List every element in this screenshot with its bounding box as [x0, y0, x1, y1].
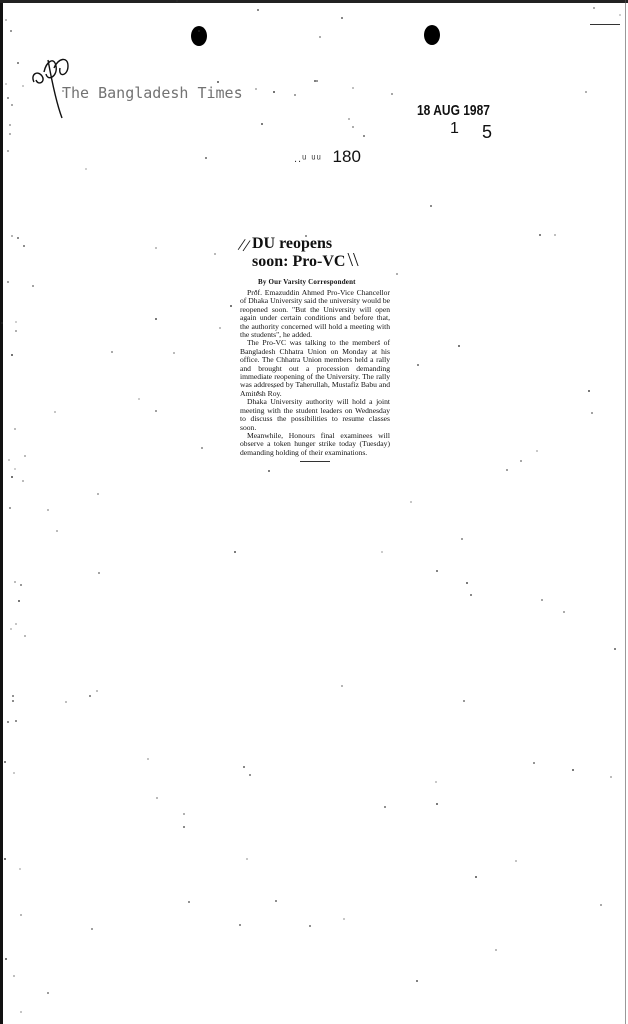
- scan-speck: [5, 958, 7, 960]
- scan-speck: [7, 150, 9, 152]
- scan-speck: [15, 330, 17, 332]
- scan-speck: [11, 104, 13, 106]
- scan-speck: [54, 411, 56, 413]
- scan-speck: [305, 235, 307, 237]
- scan-speck: [5, 83, 7, 85]
- scan-speck: [155, 247, 157, 249]
- scan-speck: [541, 599, 543, 601]
- scan-speck: [147, 758, 149, 760]
- pen-mark-icon: \\: [347, 249, 358, 271]
- scan-speck: [85, 168, 87, 170]
- scan-speck: [554, 234, 556, 236]
- date-stamp: 18 AUG 1987: [417, 102, 490, 119]
- scan-speck: [217, 81, 219, 83]
- scan-speck: [588, 390, 590, 392]
- scan-speck: [214, 253, 216, 255]
- scan-speck: [20, 584, 22, 586]
- scan-speck: [536, 450, 538, 452]
- scan-speck: [5, 19, 7, 21]
- scan-speck: [343, 918, 345, 920]
- scan-speck: [14, 581, 16, 583]
- headline-line-2: soon: Pro-VC: [252, 253, 345, 270]
- scan-speck: [410, 501, 412, 503]
- scan-speck: [17, 237, 19, 239]
- scan-speck: [255, 88, 257, 90]
- headline-line-1: DU reopens: [252, 235, 332, 252]
- scan-speck: [183, 826, 185, 828]
- scan-speck: [463, 700, 465, 702]
- page-reference-number: 180: [333, 147, 361, 166]
- scan-speck: [230, 305, 232, 307]
- scan-speck: [20, 1011, 22, 1013]
- scan-speck: [391, 93, 393, 95]
- scan-speck: [173, 352, 175, 354]
- scan-speck: [475, 876, 477, 878]
- page-reference-smudge: ..ᵘ ᵘᵘ: [294, 153, 322, 165]
- scan-speck: [219, 327, 221, 329]
- scan-speck: [8, 459, 10, 461]
- scan-speck: [352, 126, 354, 128]
- scan-speck: [24, 635, 26, 637]
- scan-speck: [363, 135, 365, 137]
- article-paragraph: Dhaka University authority will hold a j…: [240, 398, 390, 432]
- scan-speck: [17, 62, 19, 64]
- scan-speck: [506, 469, 508, 471]
- scan-speck: [12, 695, 14, 697]
- scan-speck: [600, 904, 602, 906]
- scan-speck: [533, 762, 535, 764]
- newspaper-name: The Bangladesh Times: [62, 84, 243, 102]
- scan-top-edge: [0, 0, 628, 3]
- scan-speck: [4, 858, 6, 860]
- scan-speck: [341, 17, 343, 19]
- news-clipping: // DU reopens soon: Pro-VC\\ By Our Vars…: [240, 235, 390, 462]
- scan-speck: [96, 690, 98, 692]
- scan-speck: [9, 133, 11, 135]
- scan-speck: [520, 460, 522, 462]
- stamp-annotation-left: 1: [450, 120, 459, 138]
- scan-speck: [7, 97, 9, 99]
- scan-speck: [23, 245, 25, 247]
- scan-speck: [417, 364, 419, 366]
- scan-speck: [65, 701, 67, 703]
- scan-speck: [585, 91, 587, 93]
- scan-speck: [495, 949, 497, 951]
- page-reference: ..ᵘ ᵘᵘ 180: [294, 147, 361, 167]
- scan-speck: [156, 797, 158, 799]
- scan-speck: [10, 628, 12, 630]
- scan-speck: [436, 570, 438, 572]
- scan-speck: [246, 858, 248, 860]
- scan-speck: [24, 455, 26, 457]
- scan-speck: [138, 398, 140, 400]
- scan-speck: [9, 507, 11, 509]
- scan-speck: [341, 685, 343, 687]
- scan-speck: [10, 30, 12, 32]
- scan-speck: [352, 87, 354, 89]
- scan-speck: [591, 412, 593, 414]
- punch-hole: [424, 25, 440, 45]
- scan-speck: [183, 813, 185, 815]
- scan-speck: [539, 234, 541, 236]
- scan-speck: [47, 509, 49, 511]
- scan-speck: [257, 9, 259, 11]
- scan-speck: [319, 36, 321, 38]
- scan-speck: [257, 391, 259, 393]
- scan-speck: [32, 285, 34, 287]
- scan-speck: [461, 538, 463, 540]
- scan-speck: [98, 572, 100, 574]
- article-paragraph: The Pro-VC was talking to the members of…: [240, 339, 390, 398]
- scan-speck: [91, 928, 93, 930]
- scan-speck: [243, 766, 245, 768]
- scan-speck: [22, 480, 24, 482]
- scan-speck: [249, 774, 251, 776]
- scan-speck: [11, 354, 13, 356]
- scan-speck: [255, 290, 257, 292]
- scan-speck: [466, 582, 468, 584]
- scan-speck: [436, 803, 438, 805]
- scan-speck: [19, 868, 21, 870]
- scan-speck: [7, 721, 9, 723]
- scan-speck: [563, 611, 565, 613]
- scan-speck: [176, 0, 178, 2]
- scan-speck: [348, 118, 350, 120]
- scan-speck: [89, 695, 91, 697]
- scan-speck: [56, 530, 58, 532]
- scan-speck: [4, 761, 6, 763]
- scan-speck: [381, 551, 383, 553]
- scan-speck: [15, 623, 17, 625]
- scan-speck: [294, 94, 296, 96]
- scan-speck: [9, 124, 11, 126]
- scan-right-edge: [625, 0, 626, 1024]
- scan-speck: [261, 123, 263, 125]
- scan-speck: [316, 80, 318, 82]
- scan-speck: [273, 91, 275, 93]
- scan-speck: [14, 468, 16, 470]
- scan-speck: [572, 769, 574, 771]
- scan-speck: [111, 351, 113, 353]
- scan-speck: [13, 975, 15, 977]
- scan-speck: [47, 992, 49, 994]
- scan-speck: [430, 205, 432, 207]
- scan-speck: [15, 720, 17, 722]
- article-body: Prof. Emazuddin Ahmed Pro-Vice Chancello…: [240, 289, 390, 457]
- article-paragraph: Meanwhile, Honours final examinees will …: [240, 432, 390, 457]
- scan-speck: [416, 980, 418, 982]
- scan-speck: [20, 914, 22, 916]
- scan-speck: [309, 925, 311, 927]
- scan-speck: [275, 900, 277, 902]
- scan-speck: [22, 85, 24, 87]
- scan-speck: [435, 781, 437, 783]
- scan-speck: [11, 476, 13, 478]
- scan-speck: [384, 806, 386, 808]
- scan-left-edge: [0, 0, 3, 1024]
- scan-speck: [470, 594, 472, 596]
- article-headline: // DU reopens soon: Pro-VC\\: [252, 235, 390, 270]
- scan-speck: [188, 901, 190, 903]
- scan-speck: [614, 648, 616, 650]
- scan-speck: [7, 281, 9, 283]
- scan-speck: [155, 410, 157, 412]
- scan-speck: [205, 157, 207, 159]
- scan-speck: [515, 860, 517, 862]
- scan-speck: [18, 600, 20, 602]
- scan-speck: [268, 470, 270, 472]
- scan-speck: [396, 273, 398, 275]
- scan-speck: [12, 700, 14, 702]
- scan-speck: [14, 428, 16, 430]
- stamp-annotation-right: 5: [482, 122, 492, 143]
- pen-mark-icon: //: [237, 236, 251, 255]
- scan-speck: [619, 14, 621, 16]
- scan-speck: [458, 345, 460, 347]
- scan-speck: [234, 551, 236, 553]
- scan-speck: [97, 493, 99, 495]
- scan-speck: [15, 321, 17, 323]
- scan-speck: [201, 447, 203, 449]
- scan-speck: [62, 90, 64, 92]
- margin-mark: [590, 24, 620, 25]
- scan-speck: [239, 924, 241, 926]
- scan-speck: [610, 776, 612, 778]
- article-paragraph: Prof. Emazuddin Ahmed Pro-Vice Chancello…: [240, 289, 390, 339]
- scan-speck: [11, 235, 13, 237]
- scan-speck: [13, 772, 15, 774]
- article-end-rule: [300, 461, 330, 462]
- scan-speck: [593, 7, 595, 9]
- article-byline: By Our Varsity Correspondent: [258, 278, 390, 286]
- scan-speck: [155, 318, 157, 320]
